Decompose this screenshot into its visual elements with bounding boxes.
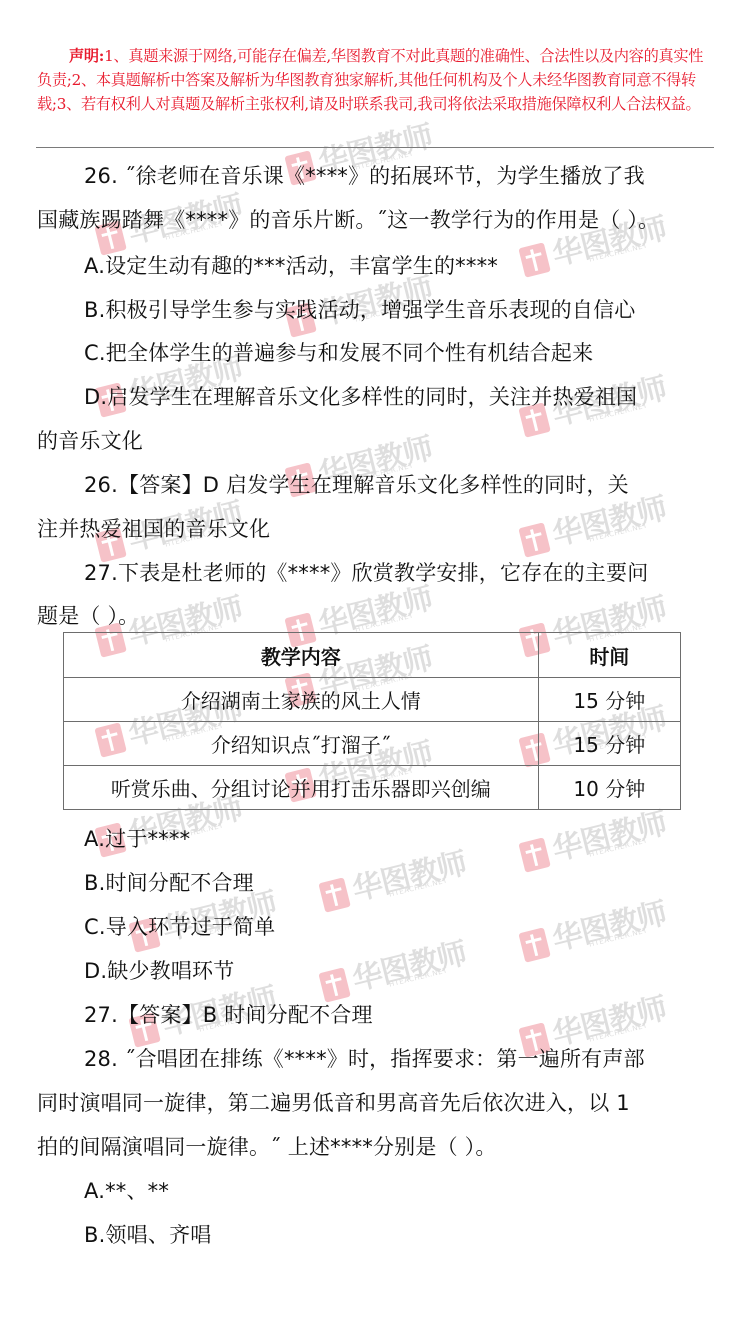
q28-stem-line1: 28. ˝合唱团在排练《****》时，指挥要求：第一遍所有声部 <box>84 1044 748 1074</box>
table-cell-time: 10 分钟 <box>538 766 680 810</box>
disclaimer-notice: 声明:1、真题来源于网络,可能存在偏差,华图教育不对此真题的准确性、合法性以及内… <box>37 44 713 116</box>
table-header-content: 教学内容 <box>64 633 539 678</box>
disclaimer-lead: 声明: <box>69 47 104 65</box>
q28-option-b: B.领唱、齐唱 <box>84 1220 748 1250</box>
disclaimer-divider <box>36 147 714 148</box>
q26-stem-line1: 26. ˝徐老师在音乐课《****》的拓展环节，为学生播放了我 <box>84 161 748 191</box>
q26-option-d-cont: 的音乐文化 <box>37 426 717 456</box>
table-row: 听赏乐曲、分组讨论并用打击乐器即兴创编 10 分钟 <box>64 766 681 810</box>
table-cell-content: 介绍湖南土家族的风土人情 <box>64 678 539 722</box>
table-header-row: 教学内容 时间 <box>64 633 681 678</box>
q26-option-b: B.积极引导学生参与实践活动，增强学生音乐表现的自信心 <box>84 295 748 325</box>
q26-option-a: A.设定生动有趣的***活动，丰富学生的**** <box>84 251 748 281</box>
table-cell-content: 介绍知识点˝打溜子˝ <box>64 722 539 766</box>
table-row: 介绍知识点˝打溜子˝ 15 分钟 <box>64 722 681 766</box>
q26-option-d: D.启发学生在理解音乐文化多样性的同时，关注并热爱祖国 <box>84 382 748 412</box>
q28-stem-line3: 拍的间隔演唱同一旋律。˝ 上述****分别是（ ）。 <box>37 1132 717 1162</box>
q28-stem-line2: 同时演唱同一旋律，第二遍男低音和男高音先后依次进入，以 1 <box>37 1088 717 1118</box>
q27-option-b: B.时间分配不合理 <box>84 868 748 898</box>
disclaimer-text: 1、真题来源于网络,可能存在偏差,华图教育不对此真题的准确性、合法性以及内容的真… <box>37 47 703 113</box>
table-cell-time: 15 分钟 <box>538 722 680 766</box>
teaching-plan-table: 教学内容 时间 介绍湖南土家族的风土人情 15 分钟 介绍知识点˝打溜子˝ 15… <box>63 632 681 810</box>
q26-answer-line1: 26.【答案】D 启发学生在理解音乐文化多样性的同时，关 <box>84 470 748 500</box>
table-row: 介绍湖南土家族的风土人情 15 分钟 <box>64 678 681 722</box>
q26-option-c: C.把全体学生的普遍参与和发展不同个性有机结合起来 <box>84 338 748 368</box>
q27-stem-line1: 27.下表是杜老师的《****》欣赏教学安排，它存在的主要问 <box>84 558 748 588</box>
q27-option-d: D.缺少教唱环节 <box>84 956 748 986</box>
q27-option-a: A.过于**** <box>84 824 748 854</box>
q28-option-a: A.**、** <box>84 1176 748 1206</box>
q27-answer: 27.【答案】B 时间分配不合理 <box>84 1000 748 1030</box>
table-header-time: 时间 <box>538 633 680 678</box>
table-cell-content: 听赏乐曲、分组讨论并用打击乐器即兴创编 <box>64 766 539 810</box>
q27-option-c: C.导入环节过于简单 <box>84 912 748 942</box>
table-cell-time: 15 分钟 <box>538 678 680 722</box>
q26-stem-line2: 国藏族踢踏舞《****》的音乐片断。˝这一教学行为的作用是（ ）。 <box>37 205 717 235</box>
q26-answer-line2: 注并热爱祖国的音乐文化 <box>37 514 717 544</box>
q27-stem-line2: 题是（ ）。 <box>37 601 717 631</box>
